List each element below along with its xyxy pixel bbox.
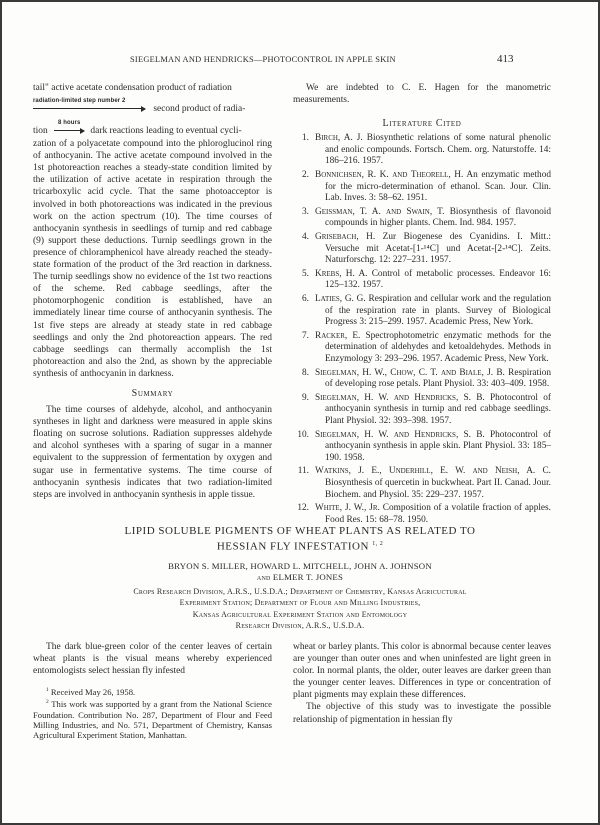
authors-conjunction: and	[257, 573, 271, 582]
summary-paragraph: The time courses of aldehyde, alcohol, a…	[33, 404, 272, 501]
body-line: tail" active acetate condensation produc…	[33, 82, 272, 94]
reference-body: Laties, G. G. Respiration and cellular w…	[315, 294, 551, 329]
summary-heading: Summary	[33, 388, 272, 400]
reference-body: Siegelman, H. W. and Hendricks, S. B. Ph…	[315, 393, 551, 428]
reference-number: 5.	[293, 269, 309, 281]
reference-body: Racker, E. Spectrophotometric enzymatic …	[315, 331, 551, 366]
reference-item: 1.Birch, A. J. Biosynthetic relations of…	[293, 133, 551, 168]
reference-body: Grisebach, H. Zur Biogenese des Cyanidin…	[315, 232, 551, 267]
article2-right-column: wheat or barley plants. This color is ab…	[293, 641, 551, 726]
reference-number: 4.	[293, 232, 309, 244]
intro-paragraph: The dark blue-green color of the center …	[33, 641, 272, 677]
arrow-label: radiation-limited step number 2	[33, 95, 125, 107]
reference-authors: Siegelman, H. W. and Hendricks, S. B.	[315, 430, 485, 440]
reference-item: 8.Siegelman, H. W., Chow, C. T. and Bial…	[293, 368, 551, 391]
reference-number: 3.	[293, 207, 309, 219]
reference-item: 11.Watkins, J. E., Underhill, E. W. and …	[293, 466, 551, 501]
reference-number: 11.	[293, 466, 309, 478]
running-head: SIEGELMAN AND HENDRICKS—PHOTOCONTROL IN …	[2, 55, 598, 67]
reference-number: 8.	[293, 368, 309, 380]
article-title: LIPID SOLUBLE PIGMENTS OF WHEAT PLANTS A…	[2, 525, 598, 554]
reference-number: 1.	[293, 133, 309, 145]
reference-body: Birch, A. J. Biosynthetic relations of s…	[315, 133, 551, 168]
reference-authors: Siegelman, H. W., Chow, C. T. and Biale,…	[315, 368, 505, 378]
reaction-step-2: radiation-limited step number 2 second p…	[33, 103, 272, 116]
reaction-text: dark reactions leading to eventual cycli…	[90, 126, 241, 136]
right-column: We are indebted to C. E. Hagen for the m…	[293, 82, 551, 528]
footnote-text: This work was supported by a grant from …	[33, 699, 272, 740]
arrow-icon	[54, 130, 84, 131]
reaction-prefix: tion	[33, 126, 48, 136]
reference-item: 2.Bonnichsen, R. K. and Theorell, H. An …	[293, 170, 551, 205]
page-number: 413	[497, 53, 514, 65]
objective-paragraph: The objective of this study was to inves…	[293, 701, 551, 725]
affiliation-line: Crops Research Division, A.R.S., U.S.D.A…	[2, 586, 598, 598]
authors-line: ELMER T. JONES	[273, 572, 343, 582]
title-footnote-marks: 1, 2	[372, 541, 383, 547]
document-page: SIEGELMAN AND HENDRICKS—PHOTOCONTROL IN …	[2, 2, 598, 823]
reference-authors: Grisebach, H.	[315, 232, 375, 242]
arrow-label: 8 hours	[58, 117, 80, 129]
footnote-mark: 2	[46, 699, 49, 705]
reference-authors: Siegelman, H. W. and Hendricks, S. B.	[315, 393, 485, 403]
body-paragraph: zation of a polyacetate compound into th…	[33, 138, 272, 380]
reference-body: Siegelman, H. W. and Hendricks, S. B. Ph…	[315, 430, 551, 465]
article-title-line: HESSIAN FLY INFESTATION	[217, 541, 369, 553]
reference-authors: Geissman, T. A. and Swain, T.	[315, 207, 445, 217]
reference-body: Siegelman, H. W., Chow, C. T. and Biale,…	[315, 368, 551, 391]
article-title-line: LIPID SOLUBLE PIGMENTS OF WHEAT PLANTS A…	[2, 525, 598, 538]
left-column: tail" active acetate condensation produc…	[33, 82, 272, 501]
affiliation-line: Kansas Agricultural Experiment Station a…	[2, 609, 598, 621]
reference-item: 3.Geissman, T. A. and Swain, T. Biosynth…	[293, 207, 551, 230]
reference-authors: Racker, E.	[315, 331, 360, 341]
article-header: LIPID SOLUBLE PIGMENTS OF WHEAT PLANTS A…	[2, 525, 598, 632]
reference-number: 7.	[293, 331, 309, 343]
reference-authors: Laties, G. G.	[315, 294, 366, 304]
reference-number: 2.	[293, 170, 309, 182]
article-affiliations: Crops Research Division, A.R.S., U.S.D.A…	[2, 586, 598, 632]
footnotes: 1 Received May 26, 1958. 2 This work was…	[33, 685, 272, 740]
reference-body: Geissman, T. A. and Swain, T. Biosynthes…	[315, 207, 551, 230]
reference-text: Biosynthesis of quercetin in buckwheat. …	[325, 478, 551, 500]
affiliation-line: Experiment Station; Department of Flour …	[2, 597, 598, 609]
reference-number: 10.	[293, 430, 309, 442]
intro-paragraph: wheat or barley plants. This color is ab…	[293, 641, 551, 701]
reference-number: 6.	[293, 294, 309, 306]
reference-authors: Birch, A. J.	[315, 133, 363, 143]
footnote-mark: 1	[46, 687, 49, 693]
reaction-text: second product of radia-	[153, 104, 245, 114]
affiliation-line: Research Division, A.R.S., U.S.D.A.	[2, 620, 598, 632]
reference-authors: Bonnichsen, R. K. and Theorell, H.	[315, 170, 463, 180]
arrow-icon	[33, 108, 145, 109]
reference-item: 12.White, J. W., Jr. Composition of a vo…	[293, 503, 551, 526]
reference-item: 4.Grisebach, H. Zur Biogenese des Cyanid…	[293, 232, 551, 267]
reaction-dark: tion 8 hours dark reactions leading to e…	[33, 125, 272, 138]
authors-line: BRYON S. MILLER, HOWARD L. MITCHELL, JOH…	[2, 561, 598, 573]
reference-item: 7.Racker, E. Spectrophotometric enzymati…	[293, 331, 551, 366]
footnote-text: Received May 26, 1958.	[51, 687, 135, 697]
reference-item: 5.Krebs, H. A. Control of metabolic proc…	[293, 269, 551, 292]
reference-authors: Krebs, H. A.	[315, 269, 368, 279]
literature-cited-heading: Literature Cited	[293, 118, 551, 130]
reference-number: 9.	[293, 393, 309, 405]
reference-item: 10.Siegelman, H. W. and Hendricks, S. B.…	[293, 430, 551, 465]
reference-authors: White, J. W., Jr.	[315, 503, 380, 513]
article-authors: BRYON S. MILLER, HOWARD L. MITCHELL, JOH…	[2, 561, 598, 584]
reference-authors: Watkins, J. E., Underhill, E. W. and Nei…	[315, 466, 551, 476]
reference-item: 9.Siegelman, H. W. and Hendricks, S. B. …	[293, 393, 551, 428]
reference-number: 12.	[293, 503, 309, 515]
reference-body: Krebs, H. A. Control of metabolic proces…	[315, 269, 551, 292]
reference-body: Watkins, J. E., Underhill, E. W. and Nei…	[315, 466, 551, 501]
article2-left-column: The dark blue-green color of the center …	[33, 641, 272, 740]
acknowledgement: We are indebted to C. E. Hagen for the m…	[293, 82, 551, 106]
running-head-title: SIEGELMAN AND HENDRICKS—PHOTOCONTROL IN …	[130, 55, 396, 64]
reference-body: Bonnichsen, R. K. and Theorell, H. An en…	[315, 170, 551, 205]
reference-item: 6.Laties, G. G. Respiration and cellular…	[293, 294, 551, 329]
reference-body: White, J. W., Jr. Composition of a volat…	[315, 503, 551, 526]
reference-list: 1.Birch, A. J. Biosynthetic relations of…	[293, 133, 551, 526]
